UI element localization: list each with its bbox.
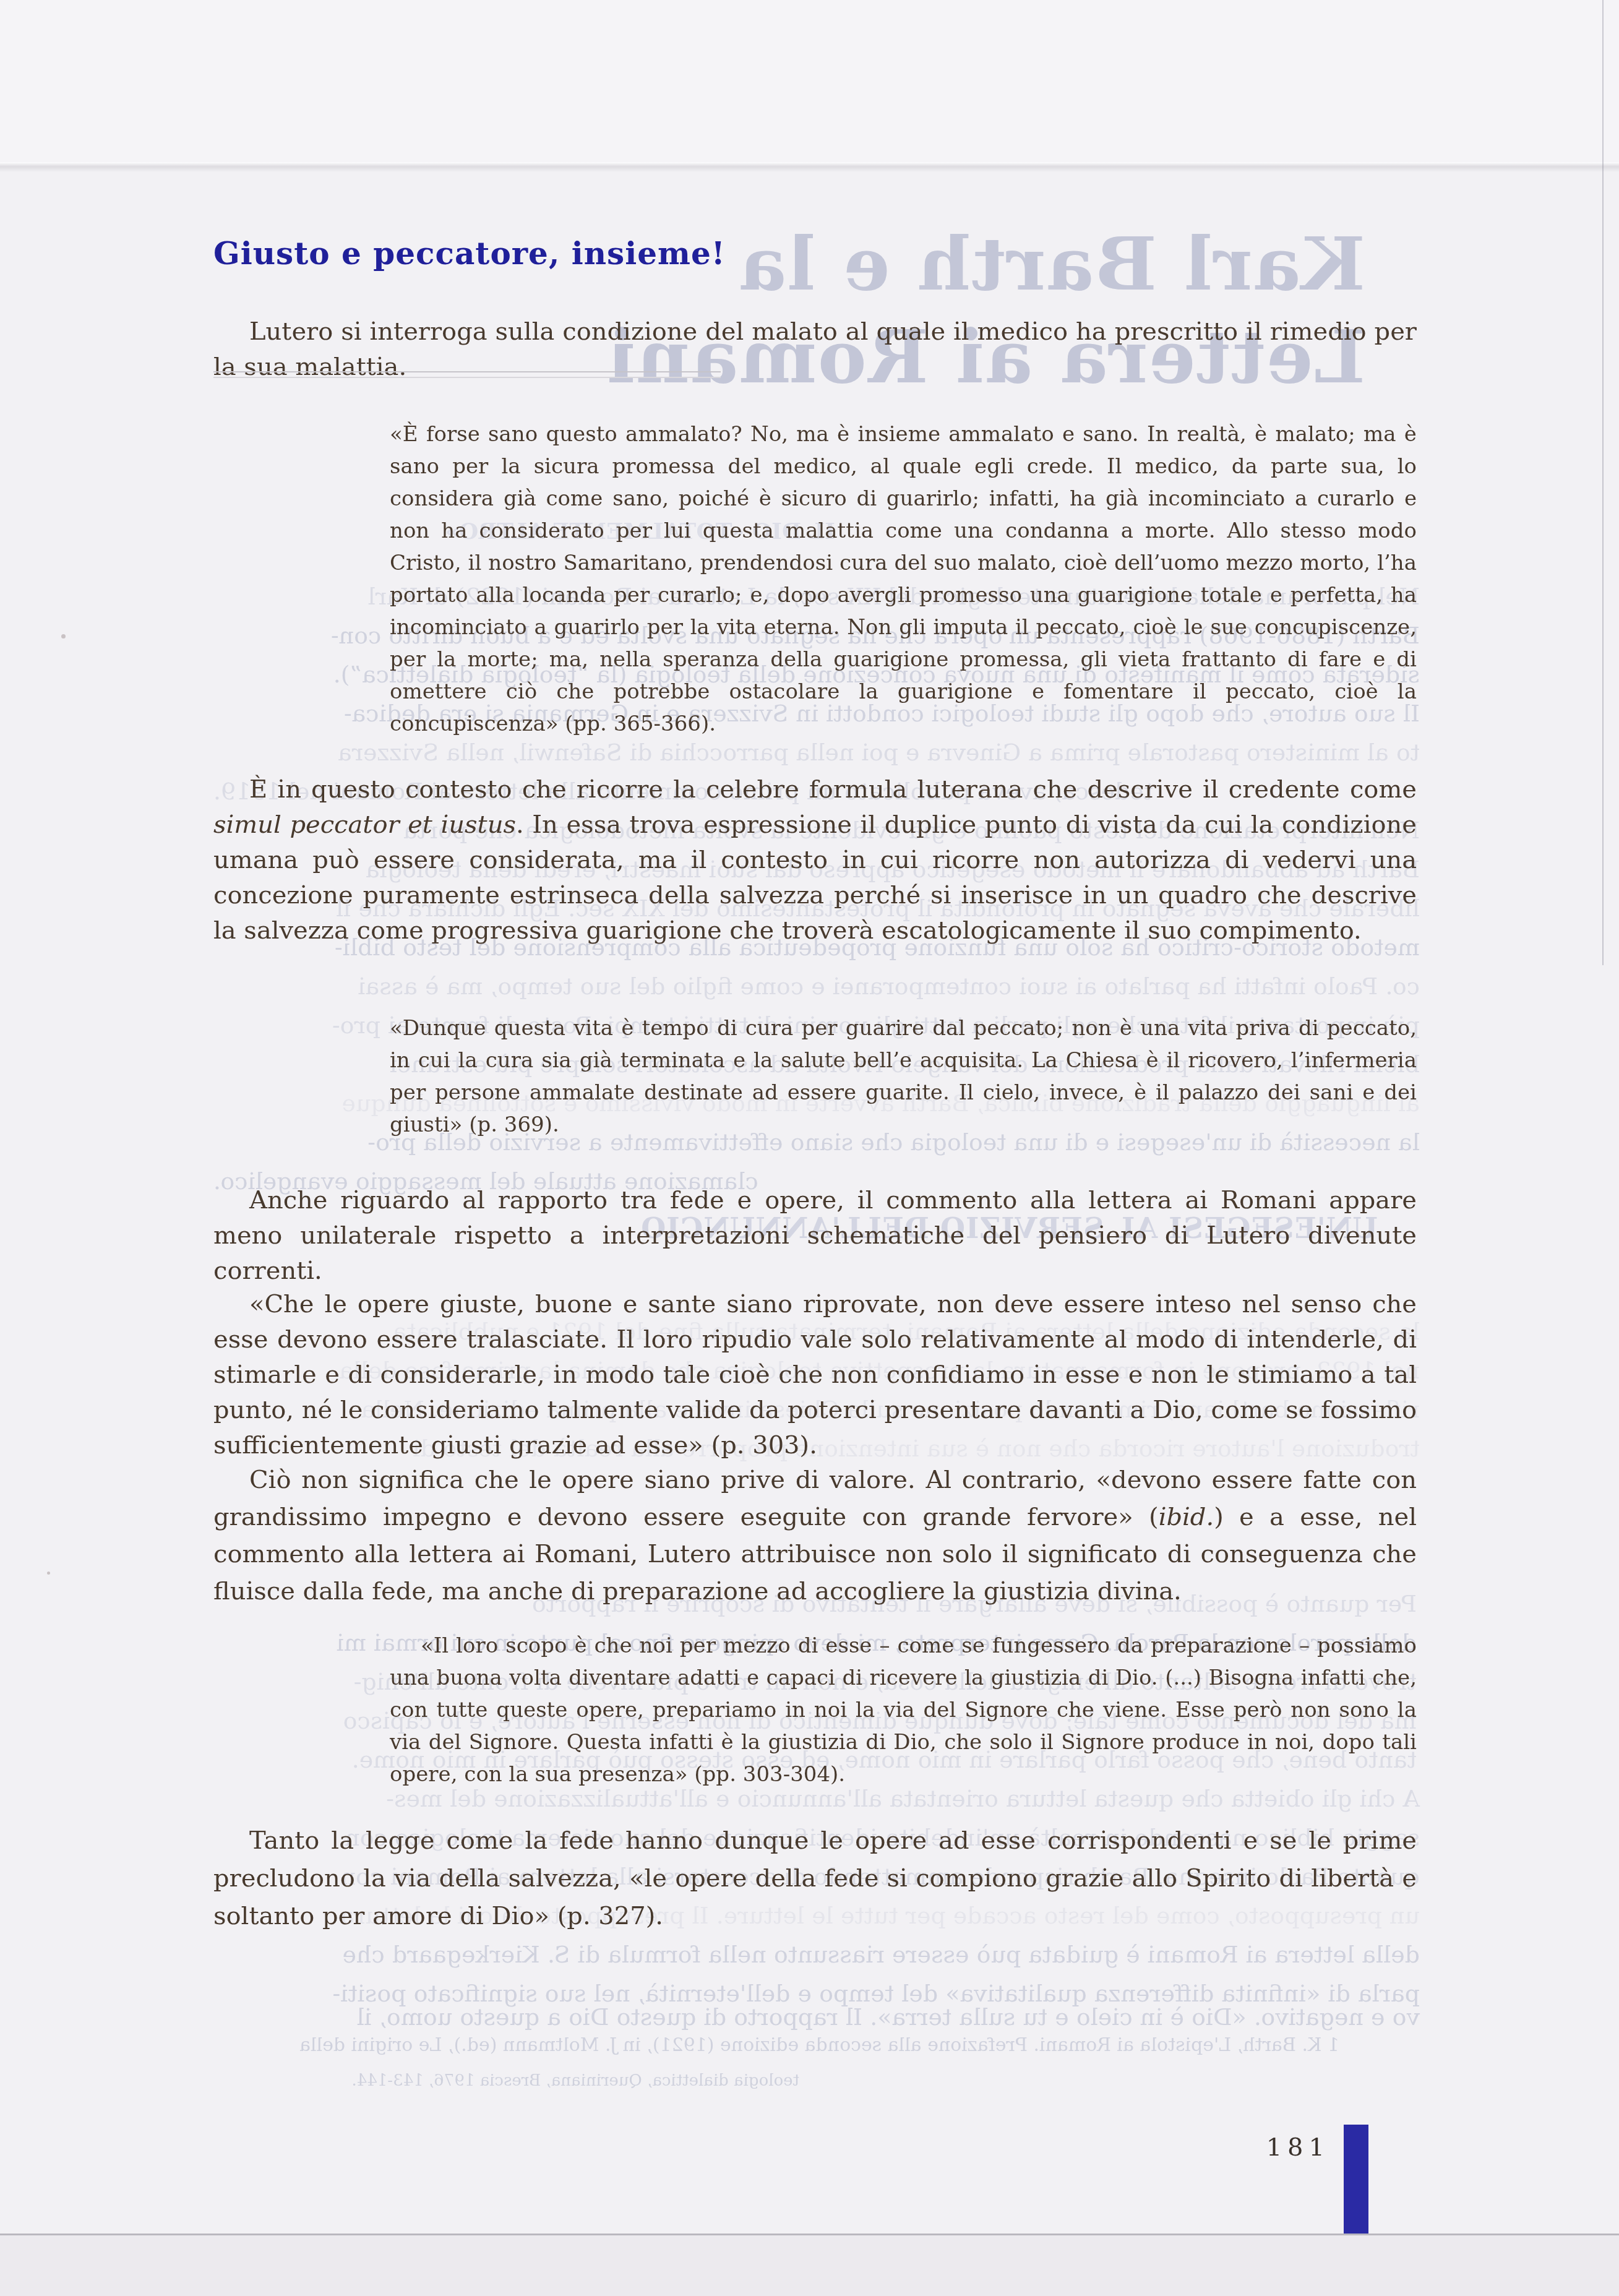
- scanner-background: [0, 2235, 1619, 2296]
- bleedthrough-line: co. Paolo infatti ha parlato ai suoi con…: [213, 973, 1420, 1000]
- paragraph-valore-opere: Ciò non significa che le opere siano pri…: [213, 1461, 1417, 1610]
- divider-rule: [213, 371, 721, 378]
- page-right-edge-shadow: [1602, 0, 1604, 965]
- scan-speck: [61, 634, 66, 638]
- paper-crease-line: [0, 162, 1619, 172]
- scan-speck: [47, 1572, 50, 1575]
- bleedthrough-line: parla di «infinita differenza qualitativ…: [213, 1980, 1420, 2007]
- bleedthrough-footnote-line2: teologia dialettica, Queriniana, Brescia…: [396, 2071, 799, 2090]
- scanned-book-page: Karl Barth e la Lettera ai Romani IL DIO…: [0, 0, 1619, 2296]
- paragraph-simul-peccator: È in questo contesto che ricorre la cele…: [213, 772, 1417, 948]
- bleedthrough-line: to al ministero pastorale prima a Ginevr…: [213, 739, 1420, 766]
- ibid-italic: ibid.: [1159, 1503, 1214, 1531]
- bleedthrough-line: vo e negativo. «Dio è in cielo e tu sull…: [213, 2003, 1420, 2031]
- paper-top-band: [0, 0, 1619, 165]
- page-number-blue-bar: [1344, 2125, 1368, 2235]
- latin-phrase-italic: simul peccator et iustus: [213, 810, 516, 839]
- paragraph-opere-giuste-quote: «Che le opere giuste, buone e sante sian…: [213, 1287, 1417, 1463]
- block-quote-2: «Dunque questa vita è tempo di cura per …: [390, 1012, 1417, 1141]
- paragraph-fede-opere: Anche riguardo al rapporto tra fede e op…: [213, 1183, 1417, 1289]
- bleedthrough-line: della lettera ai Romani è guidata può es…: [213, 1941, 1420, 1968]
- section-title: Giusto e peccatore, insieme!: [213, 236, 1080, 271]
- block-quote-3: «Il loro scopo è che noi per mezzo di es…: [390, 1630, 1417, 1791]
- paragraph-text: È in questo contesto che ricorre la cele…: [249, 775, 1417, 804]
- bleedthrough-footnote-line1: 1 K. Barth, L'epistola ai Romani. Prefaz…: [241, 2034, 1339, 2056]
- block-quote-1: «È forse sano questo ammalato? No, ma è …: [390, 418, 1417, 740]
- paragraph-legge-fede: Tanto la legge come la fede hanno dunque…: [213, 1822, 1417, 1935]
- page-number: 181: [1225, 2133, 1330, 2162]
